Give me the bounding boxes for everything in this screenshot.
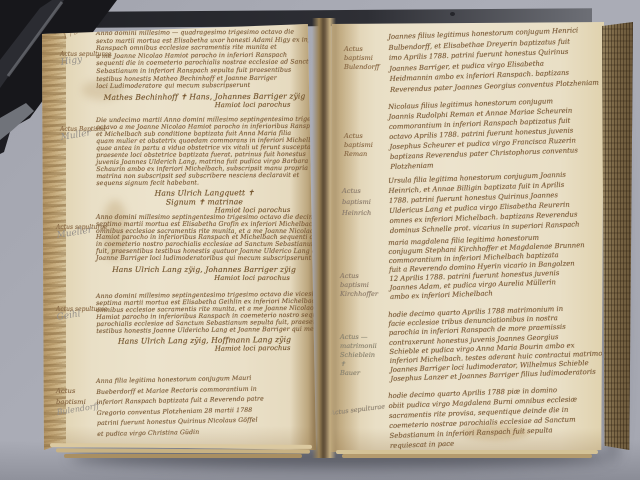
- left-page: 1739 Actus sepulturae Higy Actus Baptism…: [42, 20, 316, 456]
- margin-note-ink: ActusbaptismiReman: [344, 132, 373, 159]
- register-entry: Anna filia legitima honestorum conjugum …: [96, 372, 313, 440]
- speck: [450, 12, 455, 16]
- entry-text: hodie decimo quarto Aprilis 1788 piæ in …: [388, 384, 604, 451]
- signature-lines: Hans Ulrich Langquett ✝Signum ✝ matrinae…: [96, 188, 312, 216]
- entry-text: Anno domini millesimo septingentesimo tr…: [96, 291, 312, 335]
- margin-note: ActusbaptismiBulendorff: [344, 45, 379, 72]
- entry-text: Ursula filia legitima honestorum conjugu…: [388, 169, 604, 236]
- page-stack-edge: [64, 454, 302, 458]
- page-block-fore-edge: [602, 22, 633, 450]
- entry-text: Anno domini millesimo — quadragesimo tri…: [96, 28, 312, 90]
- entry-text: maria magdalena filia legitima honestoru…: [388, 232, 604, 302]
- margin-note-ink: ActusbaptismiBulendorff: [344, 45, 379, 72]
- screenshot-root: { "scene": { "description": "Photograph …: [0, 0, 640, 480]
- register-entry: hodie decimo quarto Aprilis 1788 piæ in …: [388, 384, 604, 451]
- signature-lines: Mathes Bechinhoff ✝ Hans, Johannes Barri…: [96, 91, 312, 111]
- register-entry: Nicolaus filius legitimus honestorum con…: [388, 95, 604, 172]
- margin-note: Actusbaptismi Bulendorff: [56, 386, 99, 418]
- book-gutter: [312, 18, 336, 458]
- register-entry: Anno domini millesimo septingentesimo tr…: [96, 291, 313, 355]
- signature-lines: Hans Ulrich Lang zÿig, Johannes Barriger…: [96, 265, 312, 283]
- entry-text: Anno domini millesimo septingentesimo tr…: [96, 215, 312, 263]
- entry-text: Joannes filius legitimus honestorum conj…: [388, 25, 604, 95]
- entry-text: hodie decimo quarto Aprilis 1788 matrimo…: [388, 304, 604, 385]
- margin-note: ActusbaptismiReman: [344, 132, 373, 159]
- register-entry: Joannes filius legitimus honestorum conj…: [388, 25, 604, 95]
- margin-note-ink: ActusbaptismiHeinrich: [342, 186, 371, 219]
- entry-text: Anna filia legitima honestorum conjugum …: [96, 372, 313, 440]
- register-entry: Anno domini millesimo — quadragesimo tri…: [96, 28, 313, 110]
- register-entry: Anno domini millesimo septingentesimo tr…: [96, 215, 312, 283]
- margin-note: ActusbaptismiKirchhoffer: [340, 272, 378, 299]
- entry-text: Die undecimo martii Anno domini millesim…: [96, 116, 312, 187]
- page-stack-edge: [342, 454, 592, 458]
- margin-note-ink: Actus —matrimoniiSchieblein✝Bauer: [340, 333, 377, 378]
- register-entry: maria magdalena filia legitima honestoru…: [388, 232, 604, 302]
- right-page: ActusbaptismiBulendorff ActusbaptismiRem…: [330, 14, 604, 454]
- register-entry: hodie decimo quarto Aprilis 1788 matrimo…: [388, 304, 604, 385]
- register-entry: Die undecimo martii Anno domini millesim…: [96, 116, 313, 216]
- register-entry: Ursula filia legitima honestorum conjugu…: [388, 169, 604, 236]
- signature-lines: Hans Ulrich Lang zÿig, Hoffmann Lang zÿi…: [96, 335, 312, 355]
- margin-note: ActusbaptismiHeinrich: [342, 186, 371, 219]
- margin-note: Actus —matrimoniiSchieblein✝Bauer: [340, 333, 377, 378]
- entry-text: Nicolaus filius legitimus honestorum con…: [388, 95, 604, 172]
- margin-note-ink: ActusbaptismiKirchhoffer: [340, 272, 378, 299]
